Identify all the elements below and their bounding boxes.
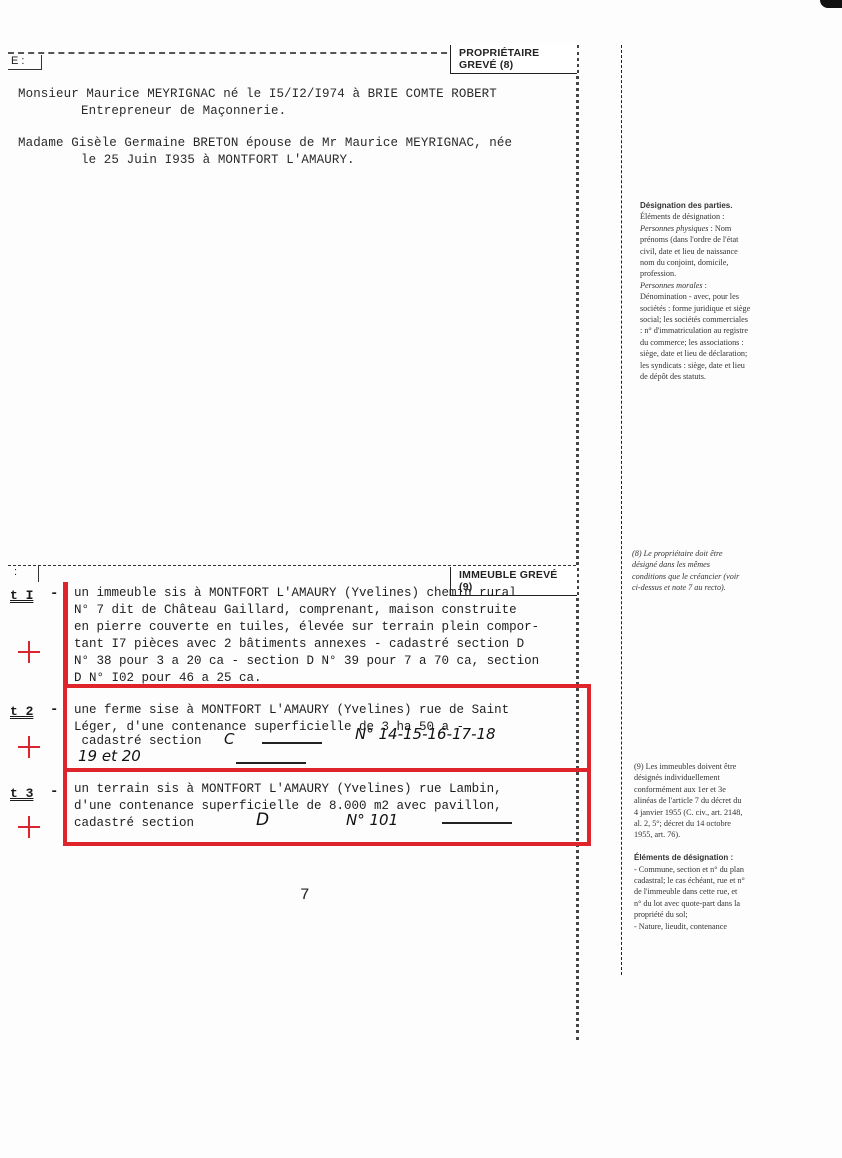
lot-3-hand-arrow-line [442, 822, 512, 824]
note-9-element-2: - Nature, lieudit, contenance [634, 922, 727, 931]
note-owner-designation: (8) Le propriétaire doit être désigné da… [632, 548, 744, 594]
lot-2-handwritten-section: C [224, 731, 234, 748]
scan-corner-shadow [820, 0, 842, 8]
lot-3-handwritten-section: D [256, 812, 269, 829]
property-section-divider [8, 565, 576, 566]
frame-right-border [576, 45, 579, 1040]
notes-column-divider [621, 45, 622, 975]
lot-3-line-3: cadastré section [74, 815, 194, 832]
owner-line-2-birth: le 25 Juin I935 à MONTFORT L'AMAURY. [81, 152, 355, 169]
lot-1-line-3: en pierre couverte en tuiles, élevée sur… [74, 619, 539, 636]
note-8-designation-parties: Désignation des parties. Éléments de dés… [640, 200, 752, 383]
lot-3-dash: - [50, 784, 58, 800]
note-9-immeubles: (9) Les immeubles doivent être désignés … [634, 761, 746, 932]
e-label-box: E : [8, 55, 42, 70]
lot-1-label: t I [10, 588, 33, 603]
lot-1-dash: - [50, 586, 58, 602]
lot-2-label: t 2 [10, 704, 33, 719]
page-mark: 7 [300, 886, 310, 904]
lot-1-red-margin-bar [63, 582, 68, 688]
lot-2-handwritten-continuation: 19 et 20 [78, 748, 141, 765]
lot-2-red-cross-icon [18, 736, 40, 758]
note-8-moral-label: Personnes morales [640, 281, 703, 290]
lot-2-handwritten-numbers: N° 14-15-16-17-18 [355, 726, 496, 743]
note-9-elements-title: Éléments de désignation : [634, 853, 733, 862]
lot-3-red-cross-icon [18, 816, 40, 838]
lot-2-dash: - [50, 702, 58, 718]
note-8-subtitle: Éléments de désignation : [640, 212, 724, 221]
lot-2-hand-dash [262, 742, 322, 744]
note-8-physical-label: Personnes physiques [640, 224, 708, 233]
lot-2-hand-underline [236, 762, 306, 764]
t-label-box: : [8, 566, 39, 582]
lot-1-line-2: N° 7 dit de Château Gaillard, comprenant… [74, 602, 517, 619]
lot-1-line-5: N° 38 pour 3 a 20 ca - section D N° 39 p… [74, 653, 539, 670]
lot-1-red-cross-icon [18, 641, 40, 663]
lot-3-label: t 3 [10, 786, 33, 801]
note-8-moral-text: : Dénomination - avec, pour les sociétés… [640, 281, 750, 381]
owner-line-2: Madame Gisèle Germaine BRETON épouse de … [18, 135, 512, 152]
note-8-title: Désignation des parties. [640, 201, 732, 210]
note-9-text: (9) Les immeubles doivent être désignés … [634, 762, 742, 839]
note-9-element-1: - Commune, section et n° du plan cadastr… [634, 865, 745, 920]
lot-3-line-1: un terrain sis à MONTFORT L'AMAURY (Yvel… [74, 781, 502, 798]
owner-line-1-profession: Entrepreneur de Maçonnerie. [81, 103, 286, 120]
lot-3-handwritten-number: N° 101 [346, 812, 398, 829]
lot-3-line-2: d'une contenance superficielle de 8.000 … [74, 798, 502, 815]
owner-line-1: Monsieur Maurice MEYRIGNAC né le I5/I2/I… [18, 86, 497, 103]
lot-1-line-4: tant I7 pièces avec 2 bâtiments annexes … [74, 636, 524, 653]
owner-section-header: PROPRIÉTAIRE GREVÉ (8) [450, 45, 577, 74]
lot-1-line-1: un immeuble sis à MONTFORT L'AMAURY (Yve… [74, 585, 517, 602]
lot-2-line-1: une ferme sise à MONTFORT L'AMAURY (Yvel… [74, 702, 509, 719]
